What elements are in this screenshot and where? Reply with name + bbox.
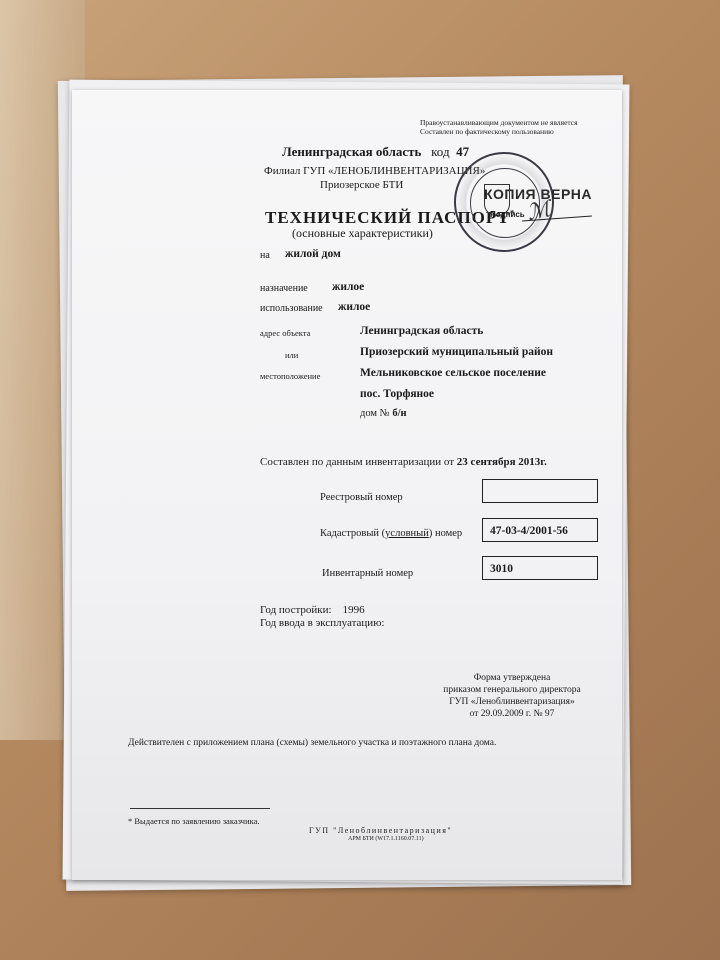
signature-label: Подпись: [490, 210, 525, 219]
form-approval-line: приказом генерального директора: [412, 684, 612, 696]
cadastral-number-box: 47-03-4/2001-56: [482, 518, 598, 542]
form-approval-line: Форма утверждена: [412, 672, 612, 684]
branch-name: Филиал ГУП «ЛЕНОБЛИНВЕНТАРИЗАЦИЯ»: [264, 165, 485, 177]
region-name: Ленинградская область: [282, 144, 421, 159]
region-header: Ленинградская область код 47: [282, 144, 469, 160]
compiled-date: 23 сентября 2013г.: [457, 456, 547, 468]
usage-value: жилое: [338, 301, 370, 313]
technical-passport-page: Правоустанавливающим документом не являе…: [72, 90, 622, 880]
purpose-label: назначение: [260, 283, 308, 294]
footnote-divider: [130, 808, 270, 809]
signature-scribble-icon: ℳ: [525, 196, 553, 226]
validity-note: Действителен с приложением плана (схемы)…: [128, 738, 496, 748]
object-prefix: на: [260, 250, 270, 261]
usage-label: использование: [260, 303, 323, 314]
region-code: 47: [456, 144, 469, 159]
branch-office: Приозерское БТИ: [320, 179, 403, 191]
address-line-1: Ленинградская область: [360, 325, 483, 337]
compiled-text: Составлен по данным инвентаризации от: [260, 456, 454, 468]
footer-organization: ГУП "Леноблинвентаризация": [309, 826, 452, 835]
registry-label: Реестровый номер: [320, 492, 403, 503]
purpose-value: жилое: [332, 281, 364, 293]
form-approval-line: от 29.09.2009 г. № 97: [412, 708, 612, 720]
object-type: жилой дом: [285, 248, 341, 260]
footer-arm-version: АРМ БТИ (W17.1.1160.07.11): [348, 836, 424, 842]
cadastral-label-pre: Кадастровый (: [320, 528, 385, 539]
year-built: Год постройки: 1996: [260, 604, 365, 616]
year-built-label: Год постройки:: [260, 604, 332, 616]
cadastral-label-post: ) номер: [429, 528, 462, 539]
address-line-3: Мельниковское сельское поселение: [360, 367, 546, 379]
house-label: дом №: [360, 408, 390, 419]
form-approval-line: ГУП «Леноблинвентаризация»: [412, 696, 612, 708]
form-approval: Форма утверждена приказом генерального д…: [412, 672, 612, 720]
address-or-label: или: [285, 350, 298, 360]
inventory-label: Инвентарный номер: [322, 568, 413, 579]
address-line-2: Приозерский муниципальный район: [360, 346, 553, 358]
compiled-line: Составлен по данным инвентаризации от 23…: [260, 456, 547, 468]
location-label: местоположение: [260, 371, 320, 381]
house-number: дом № б/н: [360, 408, 407, 419]
address-label: адрес объекта: [260, 328, 310, 338]
corner-note-2: Составлен по фактическому пользованию: [420, 127, 554, 137]
footnote: * Выдается по заявлению заказчика.: [128, 816, 260, 826]
year-built-value: 1996: [343, 604, 365, 616]
region-code-label: код: [431, 144, 449, 159]
year-commissioned-label: Год ввода в эксплуатацию:: [260, 617, 384, 629]
address-line-4: пос. Торфяное: [360, 388, 434, 400]
registry-number-box: [482, 479, 598, 503]
inventory-number-box: 3010: [482, 556, 598, 580]
page-subtitle: (основные характеристики): [292, 226, 433, 241]
cadastral-label: Кадастровый (условный) номер: [320, 528, 462, 539]
cadastral-label-underlined: условный: [385, 528, 429, 539]
year-commissioned: Год ввода в эксплуатацию:: [260, 617, 384, 629]
house-value: б/н: [392, 408, 406, 419]
